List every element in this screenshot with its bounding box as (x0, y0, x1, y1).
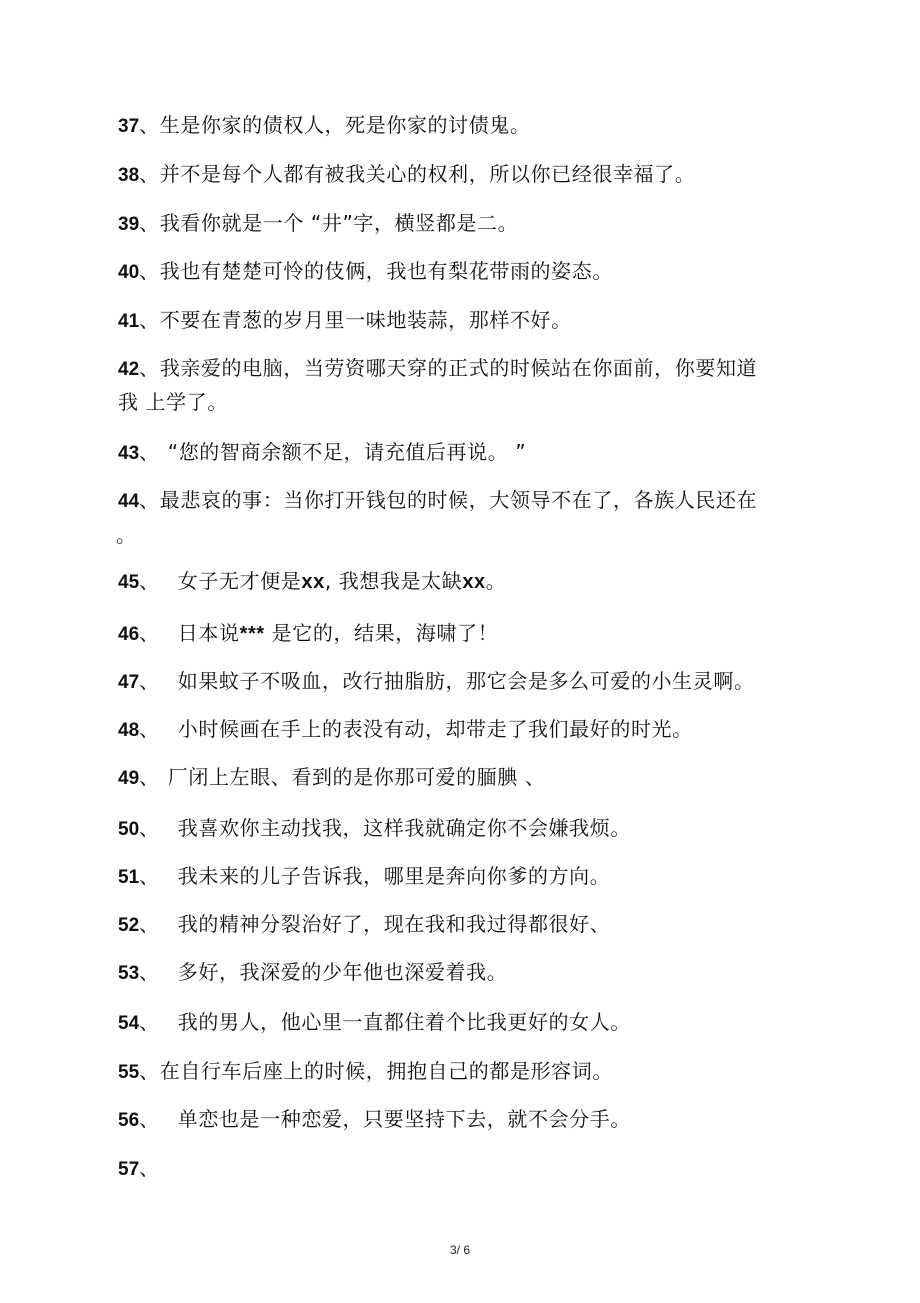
item-separator: 、 (139, 863, 160, 889)
item-separator: 、 (139, 620, 160, 646)
item-number: 45 (118, 572, 139, 593)
item-text-b: , 我想我是太缺 (325, 569, 463, 593)
list-item-44-continuation: 。 (116, 522, 816, 548)
item-text: 我看你就是一个 “井”字，横竖都是二。 (160, 211, 518, 235)
item-separator: 、 (139, 764, 160, 790)
item-separator: 、 (139, 815, 160, 841)
item-text: 我未来的儿子告诉我，哪里是奔向你爹的方向。 (178, 864, 611, 888)
item-separator: 、 (139, 1106, 160, 1132)
item-number: 52 (118, 915, 139, 936)
item-number: 48 (118, 720, 139, 741)
item-separator: 、 (139, 161, 160, 187)
item-number: 44 (118, 491, 139, 512)
item-text: 我喜欢你主动找我，这样我就确定你不会嫌我烦。 (178, 816, 631, 840)
item-text-latin-a: xx (301, 571, 324, 593)
item-text: 在自行车后座上的时候，拥抱自己的都是形容词。 (160, 1059, 613, 1083)
list-item-42-continuation: 我 上学了。 (118, 389, 818, 415)
item-text: 多好，我深爱的少年他也深爱着我。 (178, 960, 508, 984)
item-text: 我亲爱的电脑，当劳资哪天穿的正式的时候站在你面前，你要知道 (160, 356, 757, 380)
item-number: 51 (118, 867, 139, 888)
item-text: 我也有楚楚可怜的伎俩，我也有梨花带雨的姿态。 (160, 259, 613, 283)
list-item-41: 41、不要在青葱的岁月里一味地装蒜，那样不好。 (118, 307, 818, 335)
item-separator: 、 (139, 307, 160, 333)
list-item-57: 57、 (118, 1155, 818, 1183)
item-separator: 、 (139, 668, 160, 694)
list-item-42: 42、我亲爱的电脑，当劳资哪天穿的正式的时候站在你面前，你要知道 (118, 355, 818, 383)
item-text: “您的智商余额不足，请充值后再说。 ” (168, 440, 526, 464)
item-number: 37 (118, 116, 139, 137)
item-number: 43 (118, 443, 139, 464)
item-number: 41 (118, 311, 139, 332)
item-separator: 、 (139, 959, 160, 985)
item-separator: 、 (139, 716, 160, 742)
item-text: 不要在青葱的岁月里一味地装蒜，那样不好。 (160, 308, 572, 332)
list-item-39: 39、我看你就是一个 “井”字，横竖都是二。 (118, 210, 818, 238)
item-number: 56 (118, 1110, 139, 1131)
item-separator: 、 (139, 1155, 160, 1181)
item-text: 单恋也是一种恋爱，只要坚持下去，就不会分手。 (178, 1107, 631, 1131)
item-number: 50 (118, 819, 139, 840)
list-item-43: 43、“您的智商余额不足，请充值后再说。 ” (118, 439, 818, 467)
item-separator: 、 (139, 210, 160, 236)
item-text: 小时候画在手上的表没有动，却带走了我们最好的时光。 (178, 717, 693, 741)
item-number: 57 (118, 1159, 139, 1180)
item-text: 如果蚊子不吸血，改行抽脂肪，那它会是多么可爱的小生灵啊。 (178, 669, 755, 693)
item-number: 47 (118, 672, 139, 693)
item-separator: 、 (139, 439, 160, 465)
list-item-55: 55 、在自行车后座上的时候，拥抱自己的都是形容词。 (118, 1058, 818, 1086)
item-separator: 、 (139, 568, 160, 594)
list-item-51: 51、我未来的儿子告诉我，哪里是奔向你爹的方向。 (118, 863, 818, 891)
item-number: 39 (118, 214, 139, 235)
item-number: 40 (118, 262, 139, 283)
item-number: 53 (118, 963, 139, 984)
item-separator: 、 (139, 1009, 160, 1035)
list-item-44: 44、最悲哀的事：当你打开钱包的时候，大领导不在了，各族人民还在 (118, 487, 818, 515)
list-item-54: 54、我的男人，他心里一直都住着个比我更好的女人。 (118, 1009, 818, 1037)
list-item-37: 37、生是你家的债权人，死是你家的讨债鬼。 (118, 112, 818, 140)
item-text: 我的精神分裂治好了，现在我和我过得都很好、 (178, 912, 611, 936)
list-item-52: 52、我的精神分裂治好了，现在我和我过得都很好、 (118, 911, 818, 939)
item-text: 我的男人，他心里一直都住着个比我更好的女人。 (178, 1010, 631, 1034)
list-item-38: 38、并不是每个人都有被我关心的权利，所以你已经很幸福了。 (118, 161, 818, 189)
item-text-continuation: 。 (116, 523, 137, 547)
list-item-56: 56、单恋也是一种恋爱，只要坚持下去，就不会分手。 (118, 1106, 818, 1134)
item-number: 54 (118, 1013, 139, 1034)
list-item-40: 40、我也有楚楚可怜的伎俩，我也有梨花带雨的姿态。 (118, 258, 818, 286)
list-item-53: 53、多好，我深爱的少年他也深爱着我。 (118, 959, 818, 987)
item-text: 并不是每个人都有被我关心的权利，所以你已经很幸福了。 (160, 162, 696, 186)
item-number: 49 (118, 768, 139, 789)
item-number: 38 (118, 165, 139, 186)
item-separator: 、 (139, 258, 160, 284)
item-text-continuation: 我 上学了。 (118, 390, 228, 414)
item-separator: 、 (139, 487, 160, 513)
item-number: 42 (118, 359, 139, 380)
item-text-latin-a: *** (240, 623, 265, 645)
item-text: 最悲哀的事：当你打开钱包的时候，大领导不在了，各族人民还在 (160, 488, 757, 512)
item-separator: 、 (139, 911, 160, 937)
document-page: 37、生是你家的债权人，死是你家的讨债鬼。 38、并不是每个人都有被我关心的权利… (0, 0, 920, 1303)
item-number: 55 (118, 1062, 139, 1083)
page-number: 3/ 6 (0, 1243, 920, 1257)
item-text-a: 女子无才便是 (178, 569, 302, 593)
item-number: 46 (118, 624, 139, 645)
item-text-b: 是它的，结果，海啸了！ (265, 621, 499, 645)
list-item-46: 46、日本说*** 是它的，结果，海啸了！ (118, 620, 818, 648)
item-separator: 、 (139, 1058, 160, 1084)
item-text-a: 日本说 (178, 621, 240, 645)
item-text-c: 。 (486, 569, 507, 593)
item-separator: 、 (139, 355, 160, 381)
list-item-49: 49、厂闭上左眼、看到的是你那可爱的腼腆 、 (118, 764, 818, 792)
list-item-47: 47、如果蚊子不吸血，改行抽脂肪，那它会是多么可爱的小生灵啊。 (118, 668, 818, 696)
item-text: 厂闭上左眼、看到的是你那可爱的腼腆 、 (168, 765, 546, 789)
list-item-50: 50、我喜欢你主动找我，这样我就确定你不会嫌我烦。 (118, 815, 818, 843)
item-text-latin-b: xx (462, 571, 485, 593)
item-separator: 、 (139, 112, 160, 138)
list-item-45: 45、女子无才便是xx, 我想我是太缺xx。 (118, 568, 818, 596)
list-item-48: 48、小时候画在手上的表没有动，却带走了我们最好的时光。 (118, 716, 818, 744)
item-text: 生是你家的债权人，死是你家的讨债鬼。 (160, 113, 531, 137)
